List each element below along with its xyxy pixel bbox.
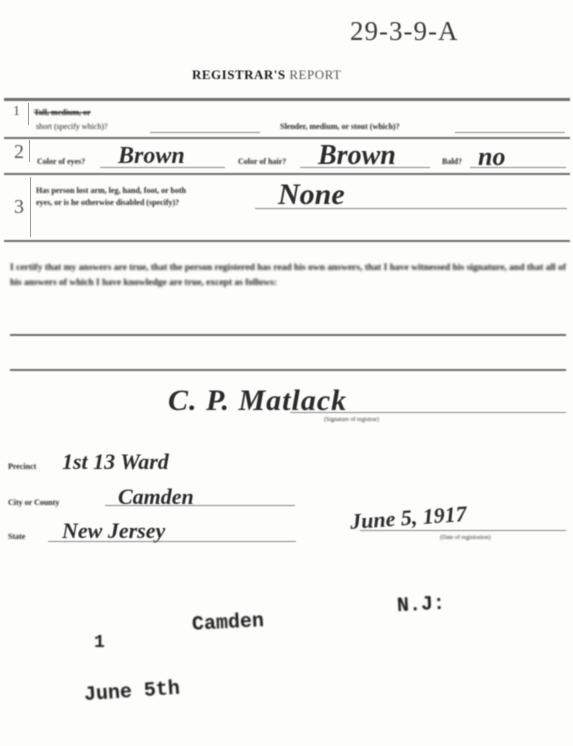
title-report: REPORT <box>289 67 341 82</box>
precinct-value: 1st 13 Ward <box>62 449 169 475</box>
row2-eyes-line <box>100 167 225 168</box>
title-registrars: REGISTRAR'S <box>192 67 286 82</box>
row2-label-hair: Color of hair? <box>238 157 286 166</box>
city-county-line <box>105 505 295 506</box>
row1-label-tall-bottom: short (specify which)? <box>36 122 108 131</box>
date-caption: (Date of registration) <box>440 535 491 541</box>
date-line <box>360 530 566 531</box>
row2-bottom-rule <box>4 173 570 175</box>
row1-label-tall-top: Tall, medium, or <box>34 108 91 117</box>
row-number-1: 1 <box>13 104 20 120</box>
stamp-city: Camden <box>191 610 264 637</box>
row2-label-bald-text: Bald? <box>442 157 462 166</box>
row3-value-disabled: None <box>278 178 345 212</box>
city-county-label: City or County <box>8 498 59 507</box>
stamp-state: N.J: <box>396 593 445 618</box>
exceptions-line-1 <box>10 334 566 336</box>
row1-build-line <box>455 132 565 133</box>
precinct-label: Precinct <box>8 462 36 471</box>
row1-tall-line <box>150 132 260 133</box>
serial-number: 29-3-9-A <box>350 16 458 47</box>
row3-label-bottom: eyes, or is he otherwise disabled (speci… <box>36 198 179 207</box>
row-number-3: 3 <box>14 196 24 219</box>
row-number-2: 2 <box>14 141 24 164</box>
certification-text: I certify that my answers are true, that… <box>10 261 566 291</box>
signature-caption: (Signature of registrar) <box>324 417 379 423</box>
row2-label-eyes: Color of eyes? <box>37 157 85 166</box>
row1-bottom-rule <box>4 137 570 139</box>
row-divider-1 <box>28 103 29 125</box>
row2-value-eyes: Brown <box>118 143 185 170</box>
row2-bald-line <box>470 167 566 168</box>
state-line <box>48 541 296 542</box>
document-title: REGISTRAR'S REPORT <box>192 67 341 83</box>
row3-label-top: Has person lost arm, leg, hand, foot, or… <box>36 186 186 195</box>
exceptions-line-2 <box>10 369 566 371</box>
row3-bottom-rule <box>4 240 570 242</box>
row1-label-build: Slender, medium, or stout (which)? <box>280 122 400 131</box>
stamp-date: June 5th <box>83 678 180 708</box>
row2-hair-line <box>300 167 430 168</box>
signature-line <box>290 412 566 413</box>
state-label: State <box>8 532 25 541</box>
row-divider-3 <box>30 177 31 237</box>
row-divider-2 <box>29 140 30 162</box>
top-rule <box>4 98 570 101</box>
city-county-value: Camden <box>118 484 194 510</box>
stamp-precinct-number: 1 <box>94 633 105 653</box>
row3-disabled-line <box>255 208 567 209</box>
